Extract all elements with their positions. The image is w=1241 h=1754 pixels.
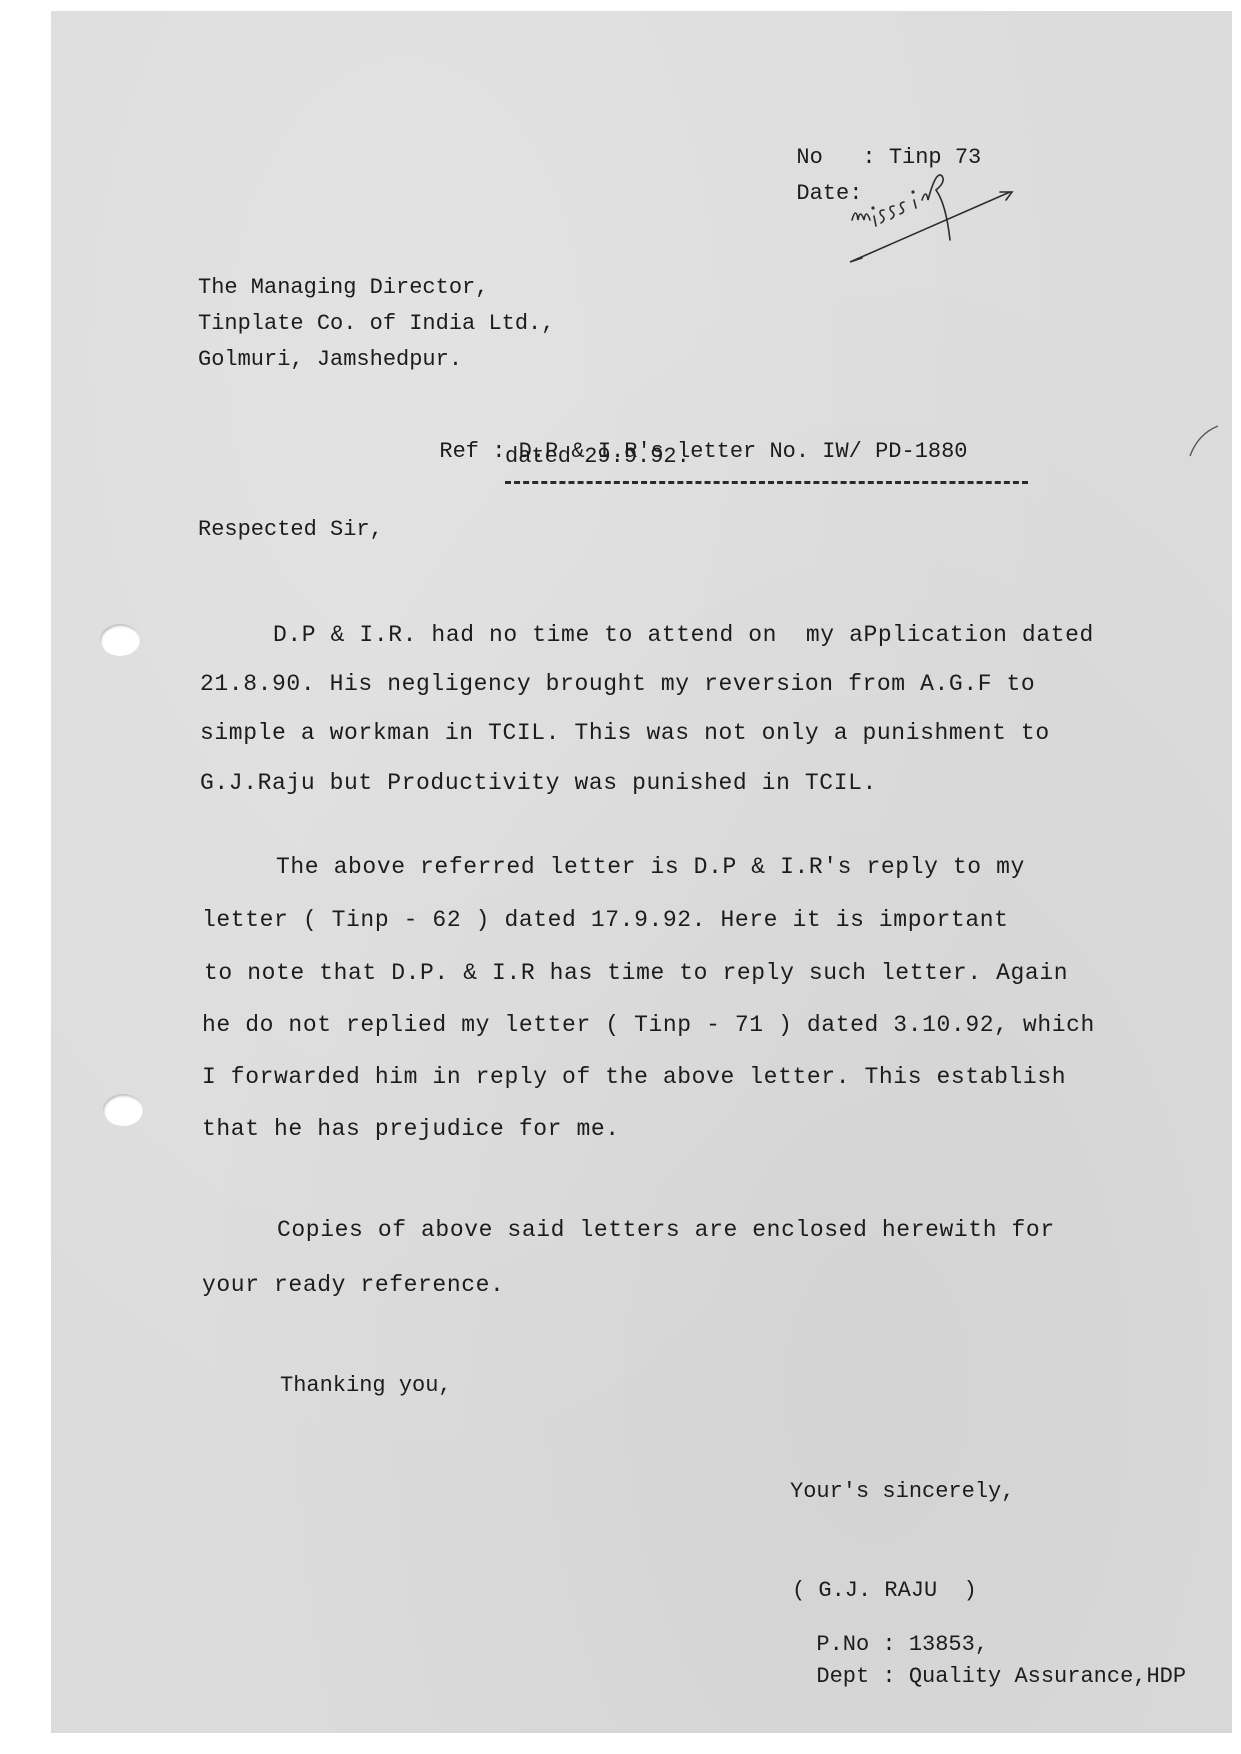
paragraph-2-line: to note that D.P. & I.R has time to repl…: [204, 962, 1068, 985]
recipient-line: Tinplate Co. of India Ltd.,: [198, 313, 554, 335]
signatory-name: ( G.J. RAJU ): [792, 1580, 977, 1602]
paragraph-1-line: D.P & I.R. had no time to attend on my a…: [273, 624, 1094, 647]
separator: :: [862, 145, 875, 170]
reference-line-2: dated 29.9.92.: [505, 446, 690, 468]
recipient-line: Golmuri, Jamshedpur.: [198, 349, 462, 371]
paragraph-1-line: 21.8.90. His negligency brought my rever…: [200, 673, 1035, 696]
paragraph-1-line: G.J.Raju but Productivity was punished i…: [200, 772, 877, 795]
closing-thanks: Thanking you,: [280, 1375, 452, 1397]
valediction: Your's sincerely,: [790, 1481, 1014, 1503]
reference-line-1: Ref : D.P & I.R's letter No. IW/ PD-1880: [413, 419, 968, 463]
paragraph-1-line: simple a workman in TCIL. This was not o…: [200, 722, 1050, 745]
paragraph-2-line: he do not replied my letter ( Tinp - 71 …: [202, 1014, 1095, 1037]
reference-label: Ref: [439, 439, 479, 464]
recipient-line: The Managing Director,: [198, 277, 488, 299]
reference-underline: [505, 481, 1028, 484]
handwritten-missing-annotation: [840, 170, 1020, 270]
punch-hole: [100, 624, 140, 656]
department-value: Quality Assurance,HDP: [909, 1664, 1186, 1689]
paragraph-2-line: letter ( Tinp - 62 ) dated 17.9.92. Here…: [202, 909, 1009, 932]
letter-number-value: Tinp 73: [889, 145, 981, 170]
paragraph-3-line: your ready reference.: [202, 1274, 504, 1297]
separator: :: [492, 439, 505, 464]
department-label: Dept: [816, 1664, 869, 1689]
pencil-mark: [1180, 420, 1220, 470]
department: Dept : Quality Assurance,HDP: [790, 1644, 1186, 1688]
paragraph-2-line: The above referred letter is D.P & I.R's…: [276, 856, 1025, 879]
paragraph-2-line: that he has prejudice for me.: [202, 1118, 620, 1141]
salutation: Respected Sir,: [198, 519, 383, 541]
separator: :: [882, 1664, 895, 1689]
paragraph-3-line: Copies of above said letters are enclose…: [277, 1219, 1055, 1242]
paragraph-2-line: I forwarded him in reply of the above le…: [202, 1066, 1066, 1089]
punch-hole: [103, 1094, 143, 1126]
